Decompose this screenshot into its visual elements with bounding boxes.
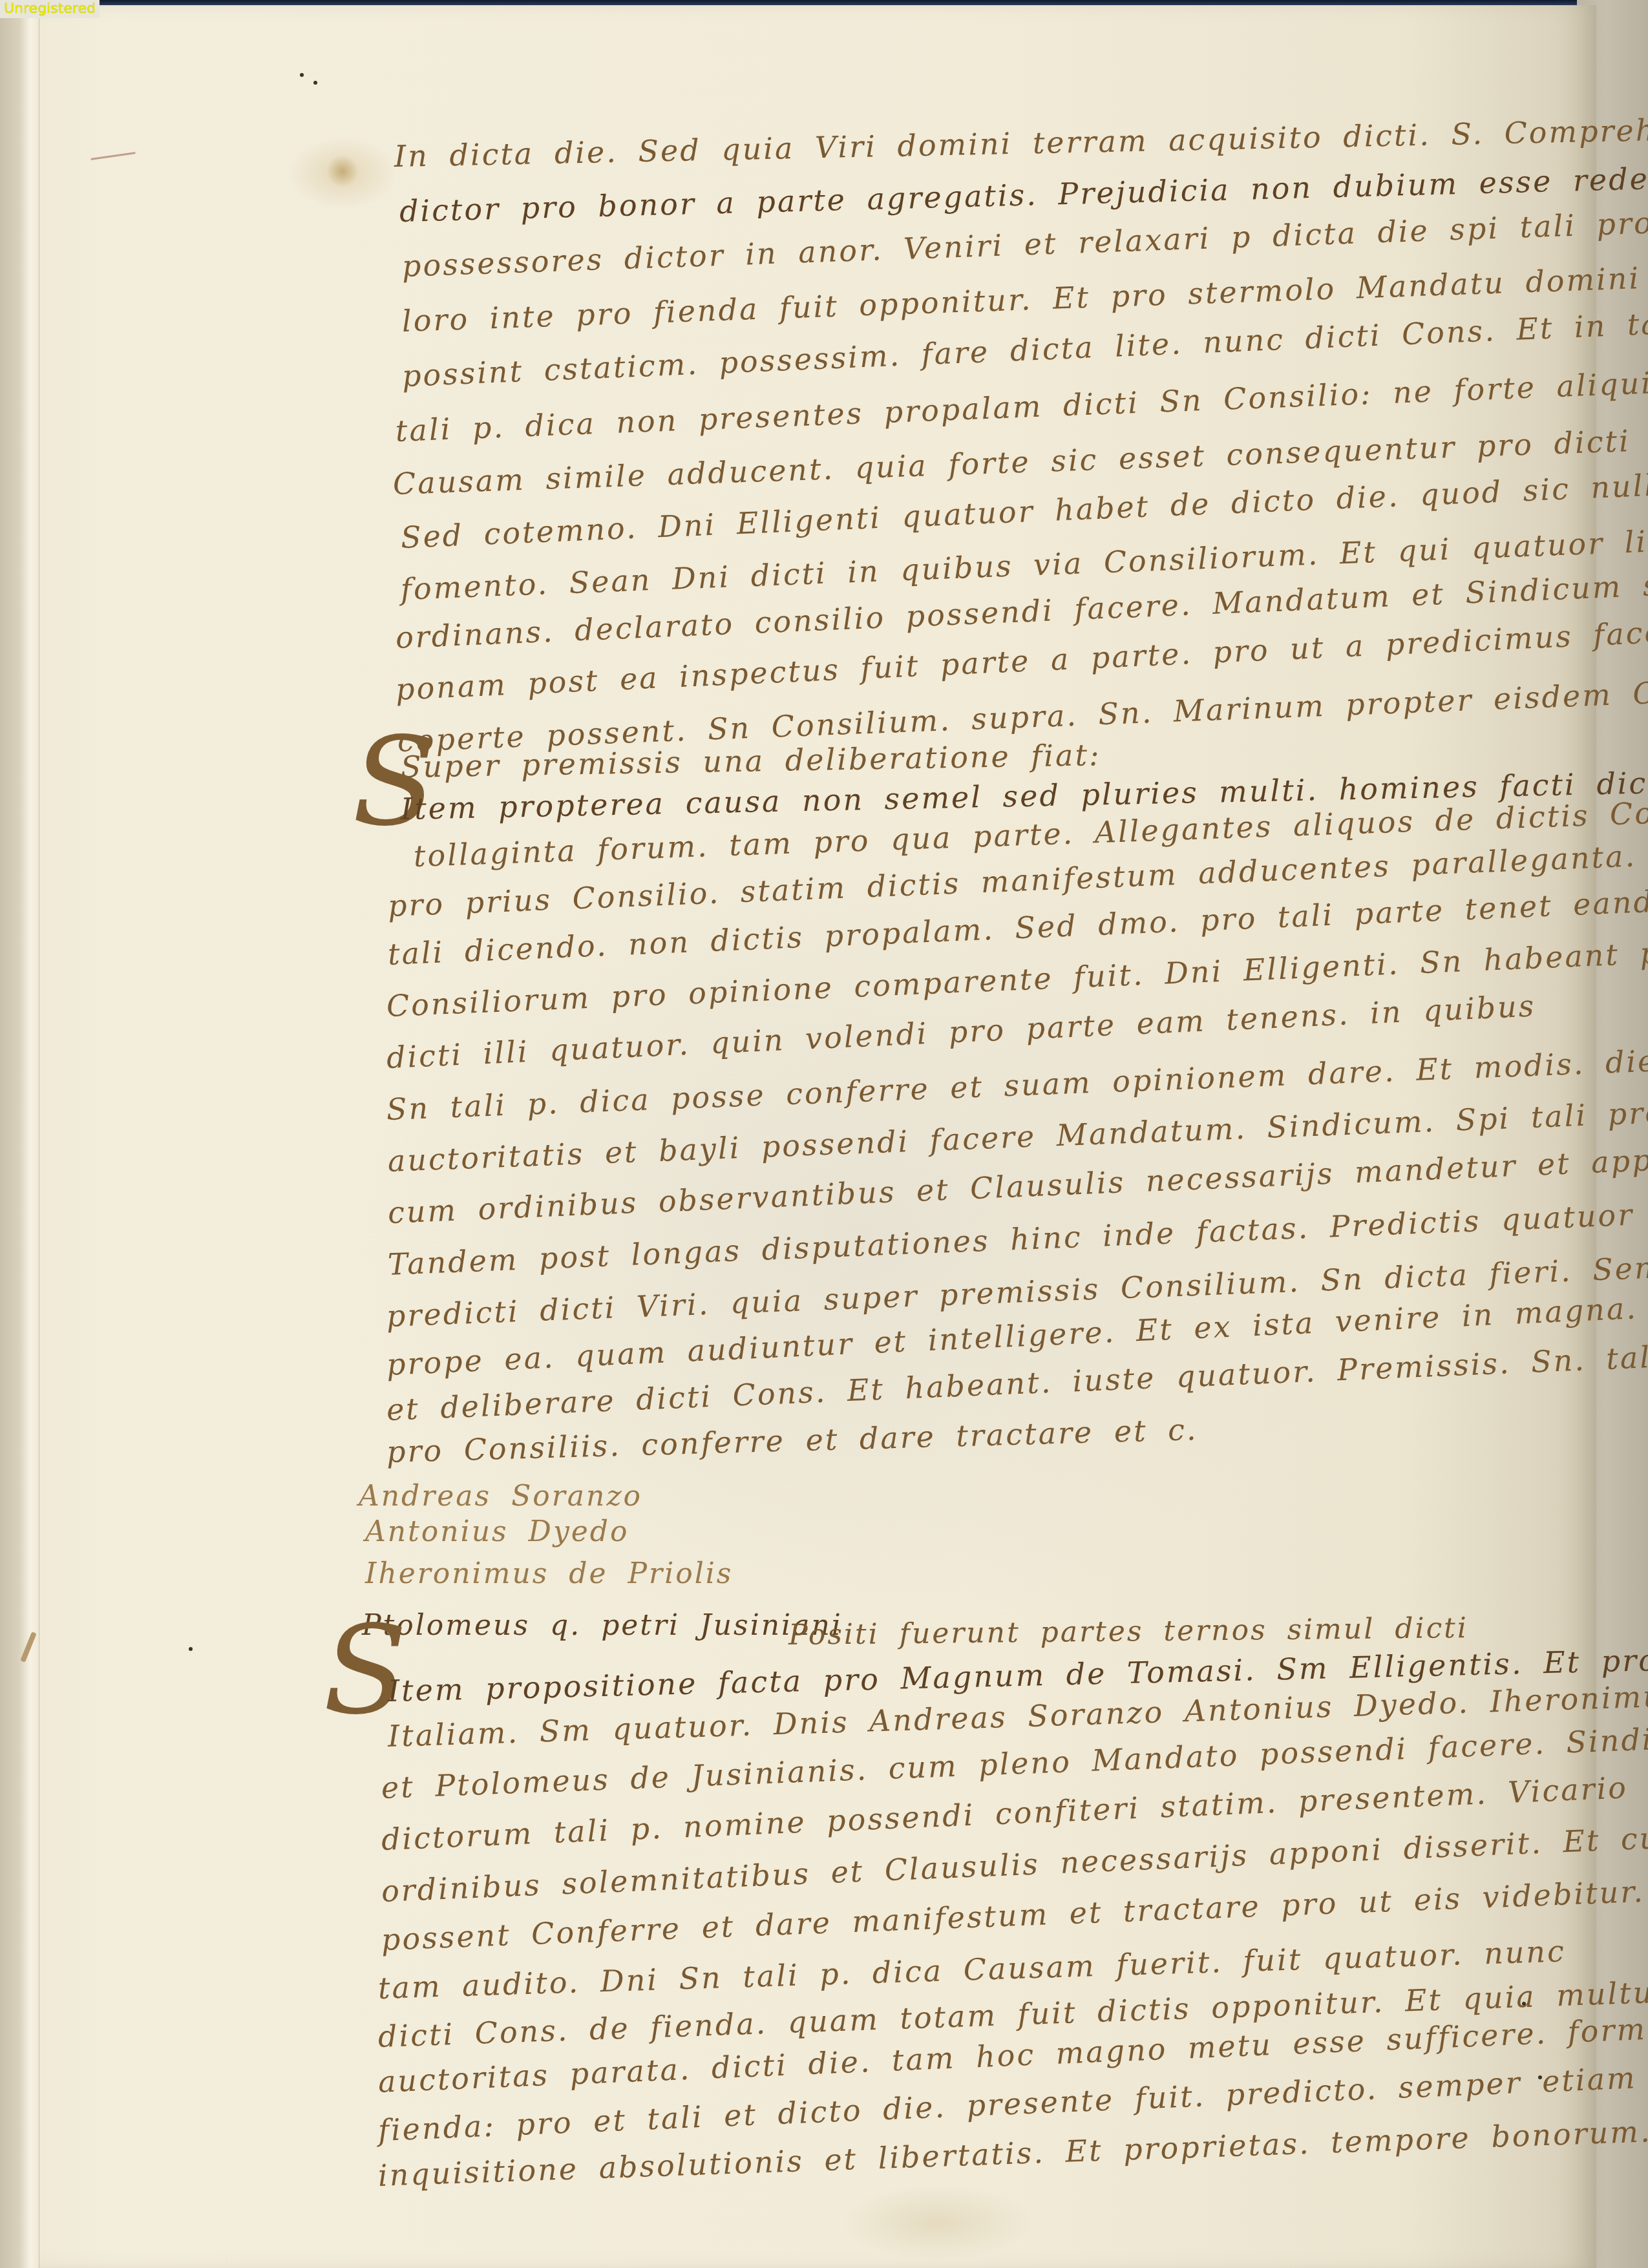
signature-antonius-dyedo: Antonius Dyedo bbox=[365, 1515, 629, 1548]
signature-iheronimus-de-priolis: Iheronimus de Priolis bbox=[365, 1557, 733, 1590]
ballot-note: Positi fuerunt partes ternos simul dicti bbox=[788, 1612, 1469, 1652]
signature-ptolomeus-jusiniani: Ptolomeus q. petri Jusiniani bbox=[362, 1609, 843, 1642]
signature-andreas-soranzo: Andreas Soranzo bbox=[359, 1480, 642, 1513]
initial-capital-s: S bbox=[323, 1609, 407, 1732]
manuscript-text: In dicta die. Sed quia Viri domini terra… bbox=[0, 0, 1648, 2268]
text-line: In dicta die. Sed quia Viri domini terra… bbox=[394, 105, 1648, 174]
